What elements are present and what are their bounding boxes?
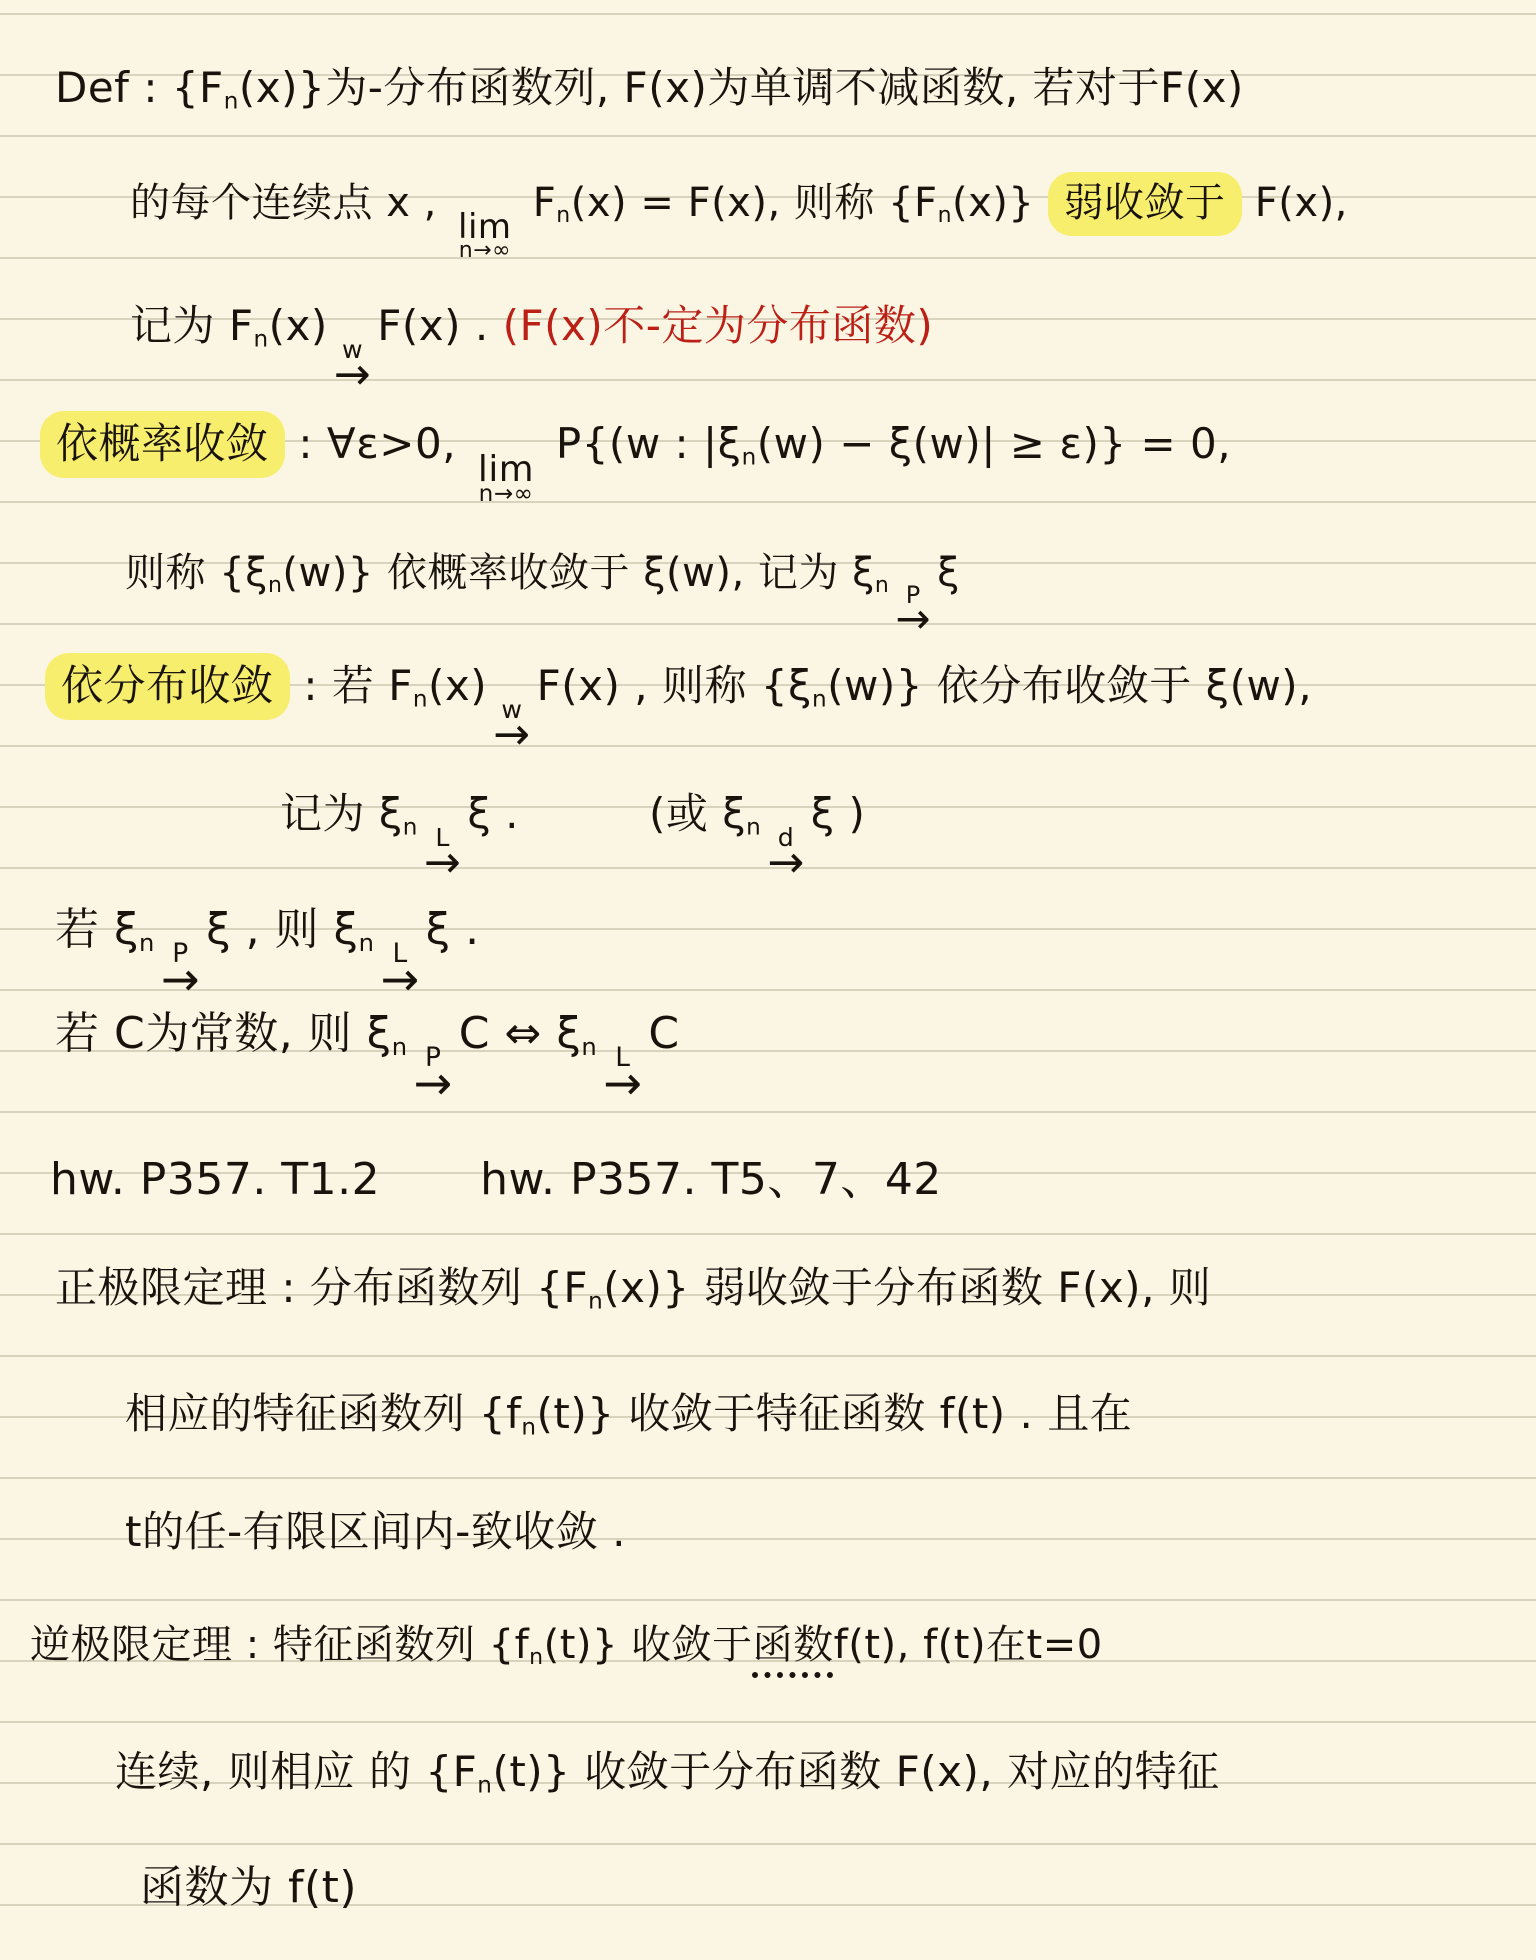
dist-convergence-line-1: 依分布收敛 : 若 Fn(x)w→F(x) , 则称 {ξn(w)} 依分布收敛… xyxy=(45,660,1312,751)
right-arrow-glyph: → xyxy=(603,1067,642,1100)
handwritten-text-plain: (t)} 收敛于 xyxy=(544,1622,753,1668)
handwritten-text-plain: ξ ) xyxy=(811,789,866,838)
convergence-arrow-P: P→ xyxy=(161,944,200,996)
handwritten-text-sub: n xyxy=(875,573,889,598)
handwritten-text-sub: n xyxy=(742,444,757,470)
handwritten-text-plain: (w) − ξ(w)| ≥ ε)} = 0, xyxy=(757,419,1231,468)
prob-convergence-line-1: 依概率收敛 : ∀ε>0, limn→∞ P{(w : |ξn(w) − ξ(w… xyxy=(40,418,1231,505)
handwritten-text-sub: n xyxy=(359,929,375,957)
handwritten-text-sub: n xyxy=(477,1772,492,1798)
red-annotation: (F(x)不-定为分布函数) xyxy=(503,301,934,350)
inverse-limit-theorem-line-2: 连续, 则相应 的 {Fn(t)} 收敛于分布函数 F(x), 对应的特征 xyxy=(115,1746,1220,1800)
handwritten-text-plain: C xyxy=(648,1008,679,1059)
handwritten-text-plain: (x)} 弱收敛于分布函数 F(x), 则 xyxy=(603,1263,1211,1312)
handwritten-text-sub: n xyxy=(254,326,269,352)
emphasized-function-word: 函数 xyxy=(753,1622,834,1668)
handwritten-text-plain: 记为 ξ xyxy=(280,789,403,838)
convergence-arrow-d: d→ xyxy=(767,829,804,879)
handwritten-text-plain: F(x) , 则称 {ξ xyxy=(537,661,812,710)
handwritten-text-sub: n xyxy=(581,1033,597,1061)
convergence-arrow-w: w→ xyxy=(493,701,530,751)
lim-subscript: n→∞ xyxy=(479,485,534,505)
handwritten-text-plain: F xyxy=(520,180,557,226)
handwritten-text-plain: : 若 F xyxy=(290,661,413,710)
handwritten-text-sub: n xyxy=(139,929,155,957)
right-arrow-glyph: → xyxy=(161,963,200,996)
spacing-gap xyxy=(519,827,649,828)
handwritten-text-plain: (x) xyxy=(428,661,487,710)
convergence-arrow-P: P→ xyxy=(895,587,931,635)
handwritten-text-sub: n xyxy=(268,573,282,598)
handwritten-text-plain: 若 ξ xyxy=(55,904,139,955)
right-arrow-glyph: → xyxy=(493,719,530,751)
limit-notation: limn→∞ xyxy=(478,455,534,505)
handwritten-text-plain: 正极限定理 : 分布函数列 {F xyxy=(55,1263,588,1312)
convergence-arrow-w: w→ xyxy=(334,341,371,391)
right-arrow-glyph: → xyxy=(414,1067,453,1100)
handwritten-text-plain: (x) xyxy=(269,301,328,350)
inverse-limit-theorem-line-1: 逆极限定理 : 特征函数列 {fn(t)} 收敛于函数f(t), f(t)在t=… xyxy=(30,1620,1103,1672)
def-line-3: 记为 Fn(x)w→F(x) . (F(x)不-定为分布函数) xyxy=(130,300,933,391)
p-implies-l-line: 若 ξnP→ξ , 则 ξnL→ξ . xyxy=(55,902,480,997)
right-arrow-glyph: → xyxy=(424,847,461,879)
handwritten-text-plain: hw. P357. T5、7、42 xyxy=(480,1154,942,1205)
right-arrow-glyph: → xyxy=(767,847,804,879)
handwritten-text-plain: 的每个连续点 x , xyxy=(130,180,450,226)
handwritten-text-plain: hw. P357. T1.2 xyxy=(50,1154,380,1205)
handwritten-text-sub: n xyxy=(938,203,952,228)
handwritten-text-plain: Def : {F xyxy=(55,63,224,112)
handwritten-text-plain: (或 ξ xyxy=(649,789,746,838)
handwritten-text-sub: n xyxy=(812,686,827,712)
handwritten-text-sub: n xyxy=(588,1288,603,1314)
prob-convergence-line-2: 则称 {ξn(w)} 依概率收敛于 ξ(w), 记为 ξnP→ξ xyxy=(125,548,960,634)
handwritten-text-plain: F(x), xyxy=(1242,180,1348,226)
handwritten-text-plain: ξ . xyxy=(467,789,519,838)
direct-limit-theorem-line-2: 相应的特征函数列 {fn(t)} 收敛于特征函数 f(t) . 且在 xyxy=(125,1388,1132,1442)
convergence-arrow-L: L→ xyxy=(424,829,461,879)
handwritten-text-sub: n xyxy=(521,1414,536,1440)
handwritten-text-plain: 函数为 f(t) xyxy=(140,1862,357,1913)
convergence-arrow-L: L→ xyxy=(380,944,419,996)
handwritten-text-plain: 连续, 则相应 的 {F xyxy=(115,1747,477,1796)
right-arrow-glyph: → xyxy=(334,359,371,391)
paper: Def : {Fn(x)}为-分布函数列, F(x)为单调不减函数, 若对于F(… xyxy=(0,0,1536,1960)
handwritten-text-plain: P{(w : |ξ xyxy=(542,419,742,468)
limit-notation: limn→∞ xyxy=(458,213,512,261)
handwritten-text-plain: C ⇔ ξ xyxy=(459,1008,582,1059)
convergence-arrow-P: P→ xyxy=(414,1048,453,1100)
highlight-convergence-in-probability: 依概率收敛 xyxy=(40,411,285,478)
highlight-weak-convergence: 弱收敛于 xyxy=(1048,172,1242,236)
handwritten-text-plain: (x)}为-分布函数列, F(x)为单调不减函数, 若对于F(x) xyxy=(239,63,1244,112)
handwritten-text-plain: 相应的特征函数列 {f xyxy=(125,1389,521,1438)
direct-limit-theorem-line-3: t的任-有限区间内-致收敛 . xyxy=(125,1506,626,1559)
handwritten-text-plain: (w)} 依概率收敛于 ξ(w), 记为 ξ xyxy=(282,550,874,596)
handwritten-text-plain: f(t), f(t)在t=0 xyxy=(834,1622,1103,1668)
def-line-2: 的每个连续点 x , limn→∞ Fn(x) = F(x), 则称 {Fn(x… xyxy=(130,178,1348,261)
handwritten-text-sub: n xyxy=(403,814,418,840)
handwritten-text-sub: n xyxy=(746,814,761,840)
highlight-convergence-in-distribution: 依分布收敛 xyxy=(45,653,290,720)
handwritten-text-plain: 则称 {ξ xyxy=(125,550,268,596)
handwritten-text-plain: (t)} 收敛于分布函数 F(x), 对应的特征 xyxy=(492,1747,1219,1796)
handwritten-text-sub: n xyxy=(224,88,239,114)
handwritten-text-plain: ξ , 则 ξ xyxy=(206,904,359,955)
handwritten-text-sub: n xyxy=(392,1033,408,1061)
handwritten-text-sub: n xyxy=(413,686,428,712)
handwritten-text-plain: (x) = F(x), 则称 {F xyxy=(571,180,938,226)
homework-line: hw. P357. T1.2hw. P357. T5、7、42 xyxy=(50,1152,942,1207)
lim-subscript: n→∞ xyxy=(459,242,511,261)
handwritten-text-plain: 记为 F xyxy=(130,301,254,350)
handwritten-text-plain: (w)} 依分布收敛于 ξ(w), xyxy=(827,661,1312,710)
convergence-arrow-L: L→ xyxy=(603,1048,642,1100)
handwritten-text-sub: n xyxy=(556,203,570,228)
dist-convergence-line-2: 记为 ξnL→ξ .(或 ξnd→ξ ) xyxy=(280,788,865,879)
constant-equivalence-line: 若 C为常数, 则 ξnP→C ⇔ ξnL→C xyxy=(55,1006,680,1101)
right-arrow-glyph: → xyxy=(895,604,931,634)
def-line-1: Def : {Fn(x)}为-分布函数列, F(x)为单调不减函数, 若对于F(… xyxy=(55,62,1244,116)
direct-limit-theorem-line-1: 正极限定理 : 分布函数列 {Fn(x)} 弱收敛于分布函数 F(x), 则 xyxy=(55,1262,1211,1316)
handwritten-text-plain: t的任-有限区间内-致收敛 . xyxy=(125,1507,626,1556)
handwritten-text-plain: 逆极限定理 : 特征函数列 {f xyxy=(30,1622,529,1668)
handwritten-text-plain: : ∀ε>0, xyxy=(285,419,470,468)
handwritten-text-plain: ξ xyxy=(937,550,960,596)
inverse-limit-theorem-line-3: 函数为 f(t) xyxy=(140,1860,357,1915)
handwritten-text-sub: n xyxy=(529,1645,543,1670)
handwritten-text-plain: (x)} xyxy=(952,180,1048,226)
handwritten-text-plain: 若 C为常数, 则 ξ xyxy=(55,1008,392,1059)
spacing-gap xyxy=(380,1193,480,1194)
handwritten-text-plain: ξ . xyxy=(426,904,480,955)
handwritten-text-plain: F(x) . xyxy=(377,301,502,350)
handwritten-text-plain: (t)} 收敛于特征函数 f(t) . 且在 xyxy=(537,1389,1133,1438)
right-arrow-glyph: → xyxy=(380,963,419,996)
